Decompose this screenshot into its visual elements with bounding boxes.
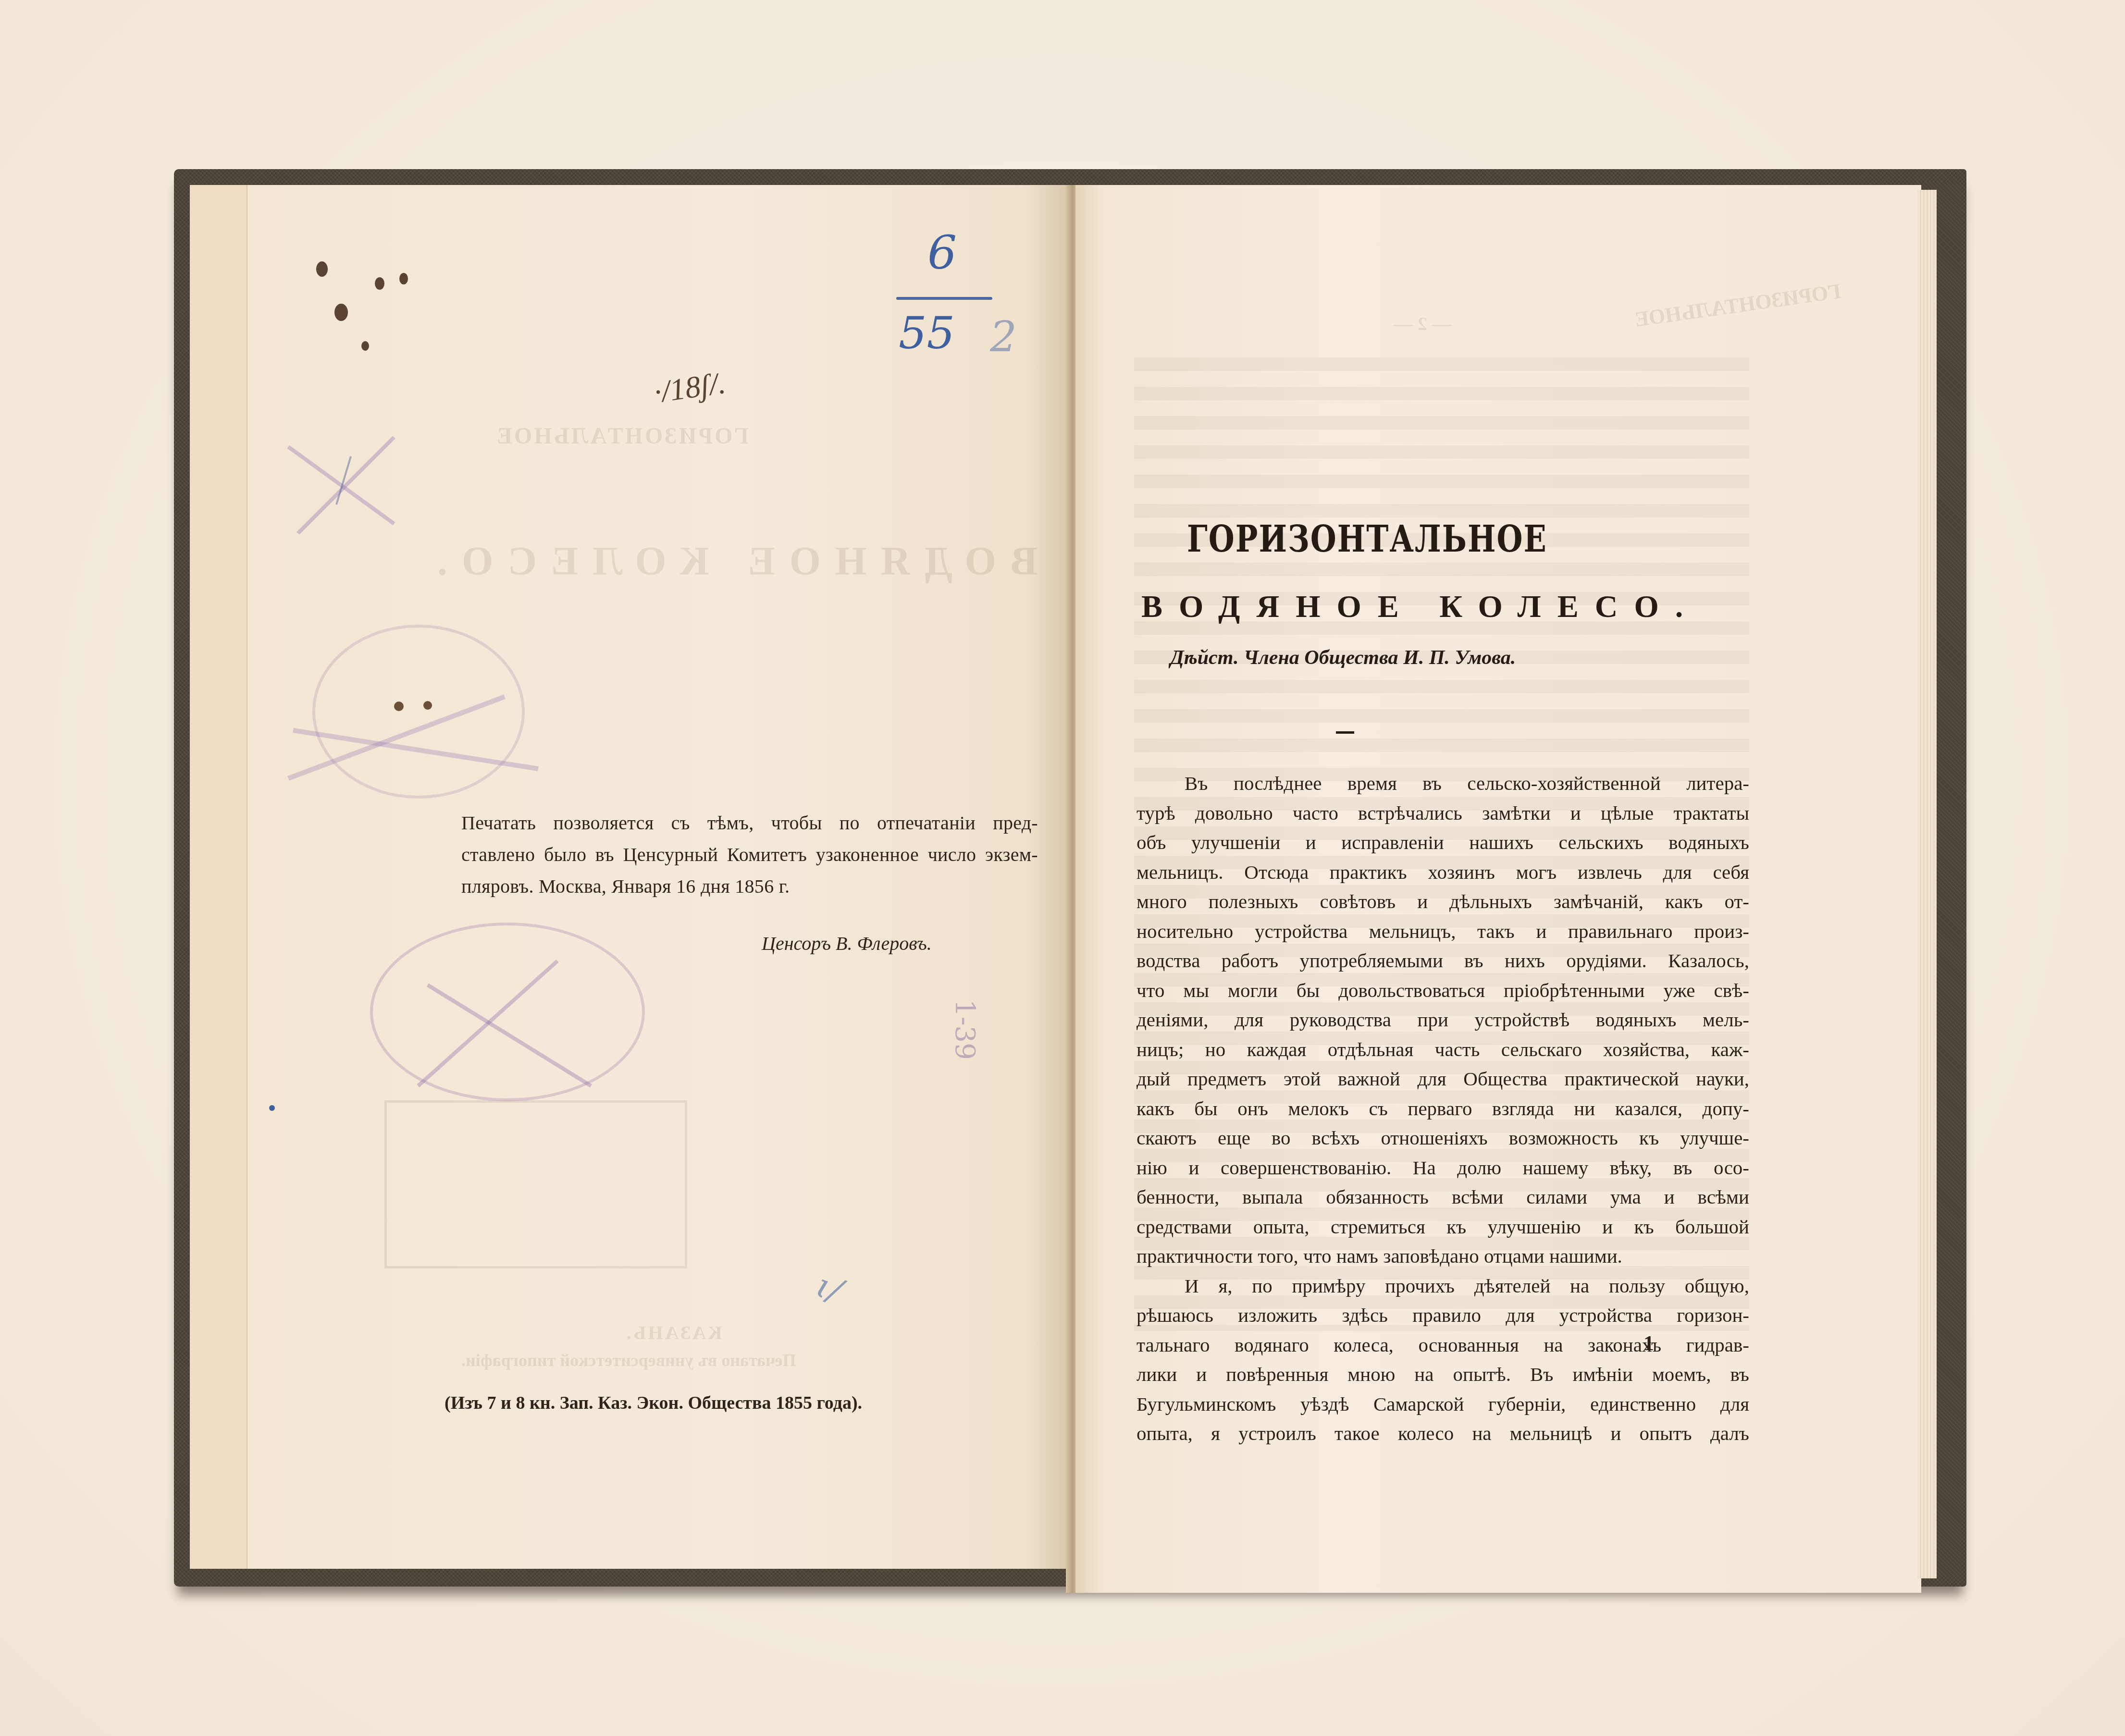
body-line: ницъ; но каждая отдѣльная часть сельскаг… bbox=[1137, 1035, 1749, 1065]
library-stamp-rectangle bbox=[384, 1100, 687, 1268]
source-note: (Изъ 7 и 8 кн. Зап. Каз. Экон. Общества … bbox=[445, 1392, 862, 1414]
body-line: мельницъ. Отсюда практикъ хозяинъ могъ и… bbox=[1137, 858, 1749, 887]
separator-dash bbox=[1336, 731, 1354, 734]
bleed-through-title-line-2: ВОДЯНОЕ КОЛЕСО. bbox=[423, 538, 1038, 585]
purple-cross-mark-3 bbox=[399, 942, 601, 1100]
shelf-mark-extra: 2 bbox=[990, 312, 1017, 362]
body-line: бенности, выпала обязанность всѣми силам… bbox=[1137, 1182, 1749, 1212]
censor-line: Печатать позволяется съ тѣмъ, чтобы по о… bbox=[461, 807, 1038, 839]
pencil-inventory-number: 1-39 bbox=[949, 999, 980, 1060]
body-line: носительно устройства мельницъ, такъ и п… bbox=[1137, 917, 1749, 947]
body-line: дый предметъ этой важной для Общества пр… bbox=[1137, 1064, 1749, 1094]
bleed-through-imprint-city: КАЗАНЬ. bbox=[625, 1321, 722, 1344]
page-block-edges bbox=[1917, 190, 1937, 1578]
body-line: нію и совершенствованію. На долю нашему … bbox=[1137, 1153, 1749, 1183]
censor-line: ставлено было въ Ценсурный Комитетъ узак… bbox=[461, 839, 1038, 871]
title-line-1: ГОРИЗОНТАЛЬНОЕ bbox=[1187, 517, 1547, 560]
bleed-through-title-line-1: ГОРИЗОНТАЛЬНОЕ bbox=[495, 423, 749, 449]
censor-signature: Ценсоръ В. Флеровъ. bbox=[762, 932, 932, 955]
body-line: практичности того, что намъ заповѣдано о… bbox=[1137, 1242, 1749, 1271]
bleed-through-page-header: — 2 — bbox=[1394, 312, 1451, 335]
censor-line: пляровъ. Москва, Января 16 дня 1856 г. bbox=[461, 871, 1038, 902]
shelf-mark-numerator: 6 bbox=[927, 226, 957, 280]
shelf-mark-denominator: 55 bbox=[899, 308, 955, 359]
body-line: турѣ довольно часто встрѣчались замѣтки … bbox=[1137, 799, 1749, 828]
brown-ink-blots-top bbox=[308, 250, 423, 375]
blue-ink-dot bbox=[269, 1105, 275, 1111]
body-line: тальнаго водянаго колеса, основанныя на … bbox=[1137, 1330, 1749, 1360]
body-line: много полезныхъ совѣтовъ и дѣльныхъ замѣ… bbox=[1137, 887, 1749, 917]
purple-cross-mark-1 bbox=[279, 408, 404, 553]
body-line: какъ бы онъ мелокъ съ перваго взгляда ни… bbox=[1137, 1094, 1749, 1124]
author-byline: Дѣйст. Члена Общества И. П. Умова. bbox=[1170, 646, 1516, 669]
body-line: Бугульминскомъ уѣздѣ Самарской губерніи,… bbox=[1137, 1390, 1749, 1419]
article-body: Въ послѣднее время въ сельско-хозяйствен… bbox=[1137, 769, 1749, 1449]
body-line: И я, по примѣру прочихъ дѣятелей на поль… bbox=[1137, 1271, 1749, 1301]
body-line: деніями, для руководства при устройствѣ … bbox=[1137, 1005, 1749, 1035]
body-line: Въ послѣднее время въ сельско-хозяйствен… bbox=[1137, 769, 1749, 799]
body-line: водства работъ употребляемыми въ нихъ ор… bbox=[1137, 946, 1749, 976]
page-number: 1 bbox=[1643, 1331, 1654, 1355]
brown-ink-blots-middle bbox=[389, 697, 447, 726]
body-line: скаютъ еще во всѣхъ отношеніяхъ возможно… bbox=[1137, 1123, 1749, 1153]
body-line: рѣшаюсь изложить здѣсь правило для устро… bbox=[1137, 1301, 1749, 1330]
body-line: средствами опыта, стремиться къ улучшені… bbox=[1137, 1212, 1749, 1242]
bleed-through-imprint-printer: Печатано въ университетской типографіи. bbox=[461, 1350, 796, 1370]
body-line: опыта, я устроилъ такое колесо на мельни… bbox=[1137, 1419, 1749, 1449]
endpaper-strip bbox=[190, 185, 247, 1569]
body-line: лики и повѣренныя мною на опытѣ. Въ имѣн… bbox=[1137, 1360, 1749, 1390]
shelf-mark-fraction-bar bbox=[896, 297, 992, 300]
body-line: объ улучшеніи и исправленіи нашихъ сельс… bbox=[1137, 828, 1749, 858]
censor-permission: Печатать позволяется съ тѣмъ, чтобы по о… bbox=[461, 807, 1038, 902]
body-line: что мы могли бы довольствоваться пріобрѣ… bbox=[1137, 976, 1749, 1006]
title-line-2: ВОДЯНОЕ КОЛЕСО. bbox=[1141, 589, 1699, 625]
